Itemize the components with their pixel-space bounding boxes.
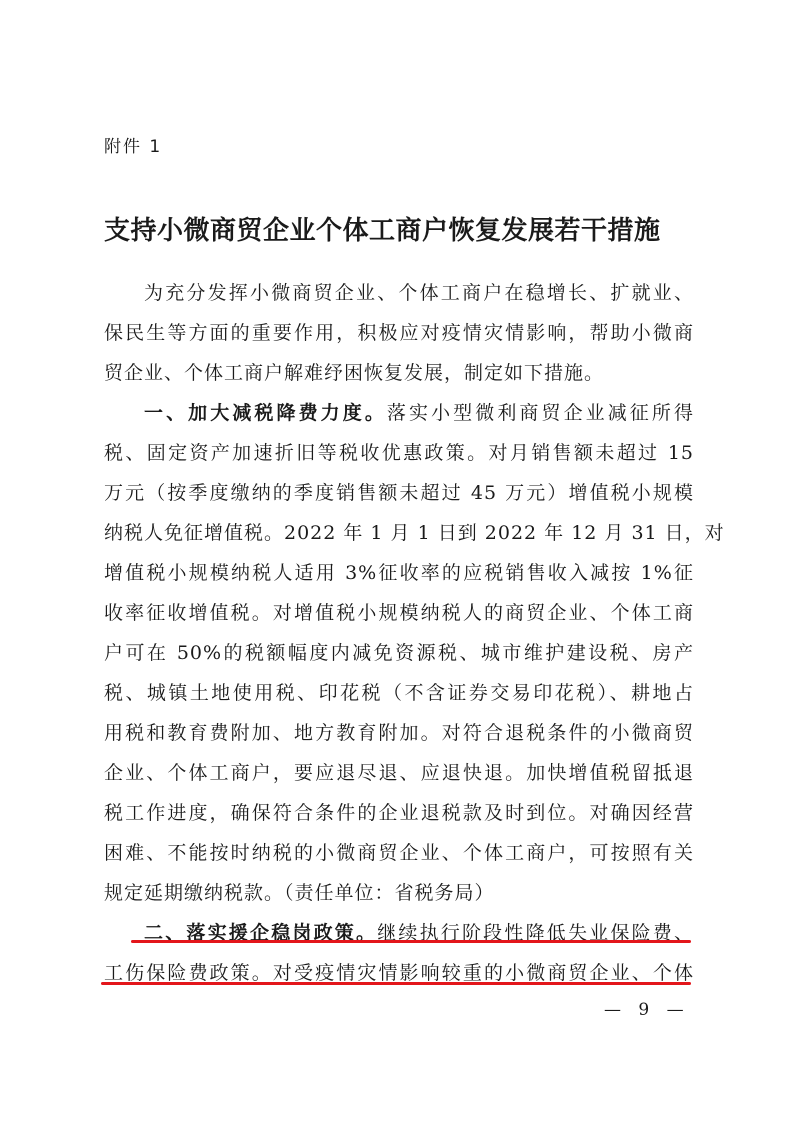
section-2-first-line: 二、落实援企稳岗政策。继续执行阶段性降低失业保险费、: [104, 913, 694, 953]
paragraph-line: 规定延期缴纳税款。（责任单位：省税务局）: [104, 873, 694, 913]
paragraph-line: 保民生等方面的重要作用，积极应对疫情灾情影响，帮助小微商: [104, 313, 694, 353]
paragraph-line: 贸企业、个体工商户解难纾困恢复发展，制定如下措施。: [104, 353, 694, 393]
paragraph-line: 税、城镇土地使用税、印花税（不含证券交易印花税）、耕地占: [104, 673, 694, 713]
red-underline-annotation: [131, 940, 691, 943]
document-page: 附件 1 支持小微商贸企业个体工商户恢复发展若干措施 为充分发挥小微商贸企业、个…: [0, 0, 793, 1121]
paragraph-line: 万元（按季度缴纳的季度销售额未超过 45 万元）增值税小规模: [104, 473, 694, 513]
paragraph-line: 企业、个体工商户，要应退尽退、应退快退。加快增值税留抵退: [104, 753, 694, 793]
section-1-first-line: 一、加大减税降费力度。落实小型微利商贸企业减征所得: [104, 393, 694, 433]
section-1-heading: 一、加大减税降费力度。: [144, 402, 387, 424]
document-title: 支持小微商贸企业个体工商户恢复发展若干措施: [104, 210, 694, 247]
paragraph-line: 困难、不能按时纳税的小微商贸企业、个体工商户，可按照有关: [104, 833, 694, 873]
document-body: 为充分发挥小微商贸企业、个体工商户在稳增长、扩就业、 保民生等方面的重要作用，积…: [104, 273, 694, 993]
paragraph-line: 工伤保险费政策。对受疫情灾情影响较重的小微商贸企业、个体: [104, 953, 694, 993]
paragraph-line: 为充分发挥小微商贸企业、个体工商户在稳增长、扩就业、: [104, 273, 694, 313]
page-number: — 9 —: [604, 1000, 690, 1020]
attachment-label: 附件 1: [104, 132, 162, 157]
paragraph-line: 税、固定资产加速折旧等税收优惠政策。对月销售额未超过 15: [104, 433, 694, 473]
section-1-text: 落实小型微利商贸企业减征所得: [387, 402, 694, 424]
paragraph-line: 增值税小规模纳税人适用 3%征收率的应税销售收入减按 1%征: [104, 553, 694, 593]
paragraph-line: 用税和教育费附加、地方教育附加。对符合退税条件的小微商贸: [104, 713, 694, 753]
red-underline-annotation: [101, 982, 691, 985]
paragraph-line: 户可在 50%的税额幅度内减免资源税、城市维护建设税、房产: [104, 633, 694, 673]
paragraph-line: 税工作进度，确保符合条件的企业退税款及时到位。对确因经营: [104, 793, 694, 833]
paragraph-line: 纳税人免征增值税。2022 年 1 月 1 日到 2022 年 12 月 31 …: [104, 513, 694, 553]
paragraph-line: 收率征收增值税。对增值税小规模纳税人的商贸企业、个体工商: [104, 593, 694, 633]
